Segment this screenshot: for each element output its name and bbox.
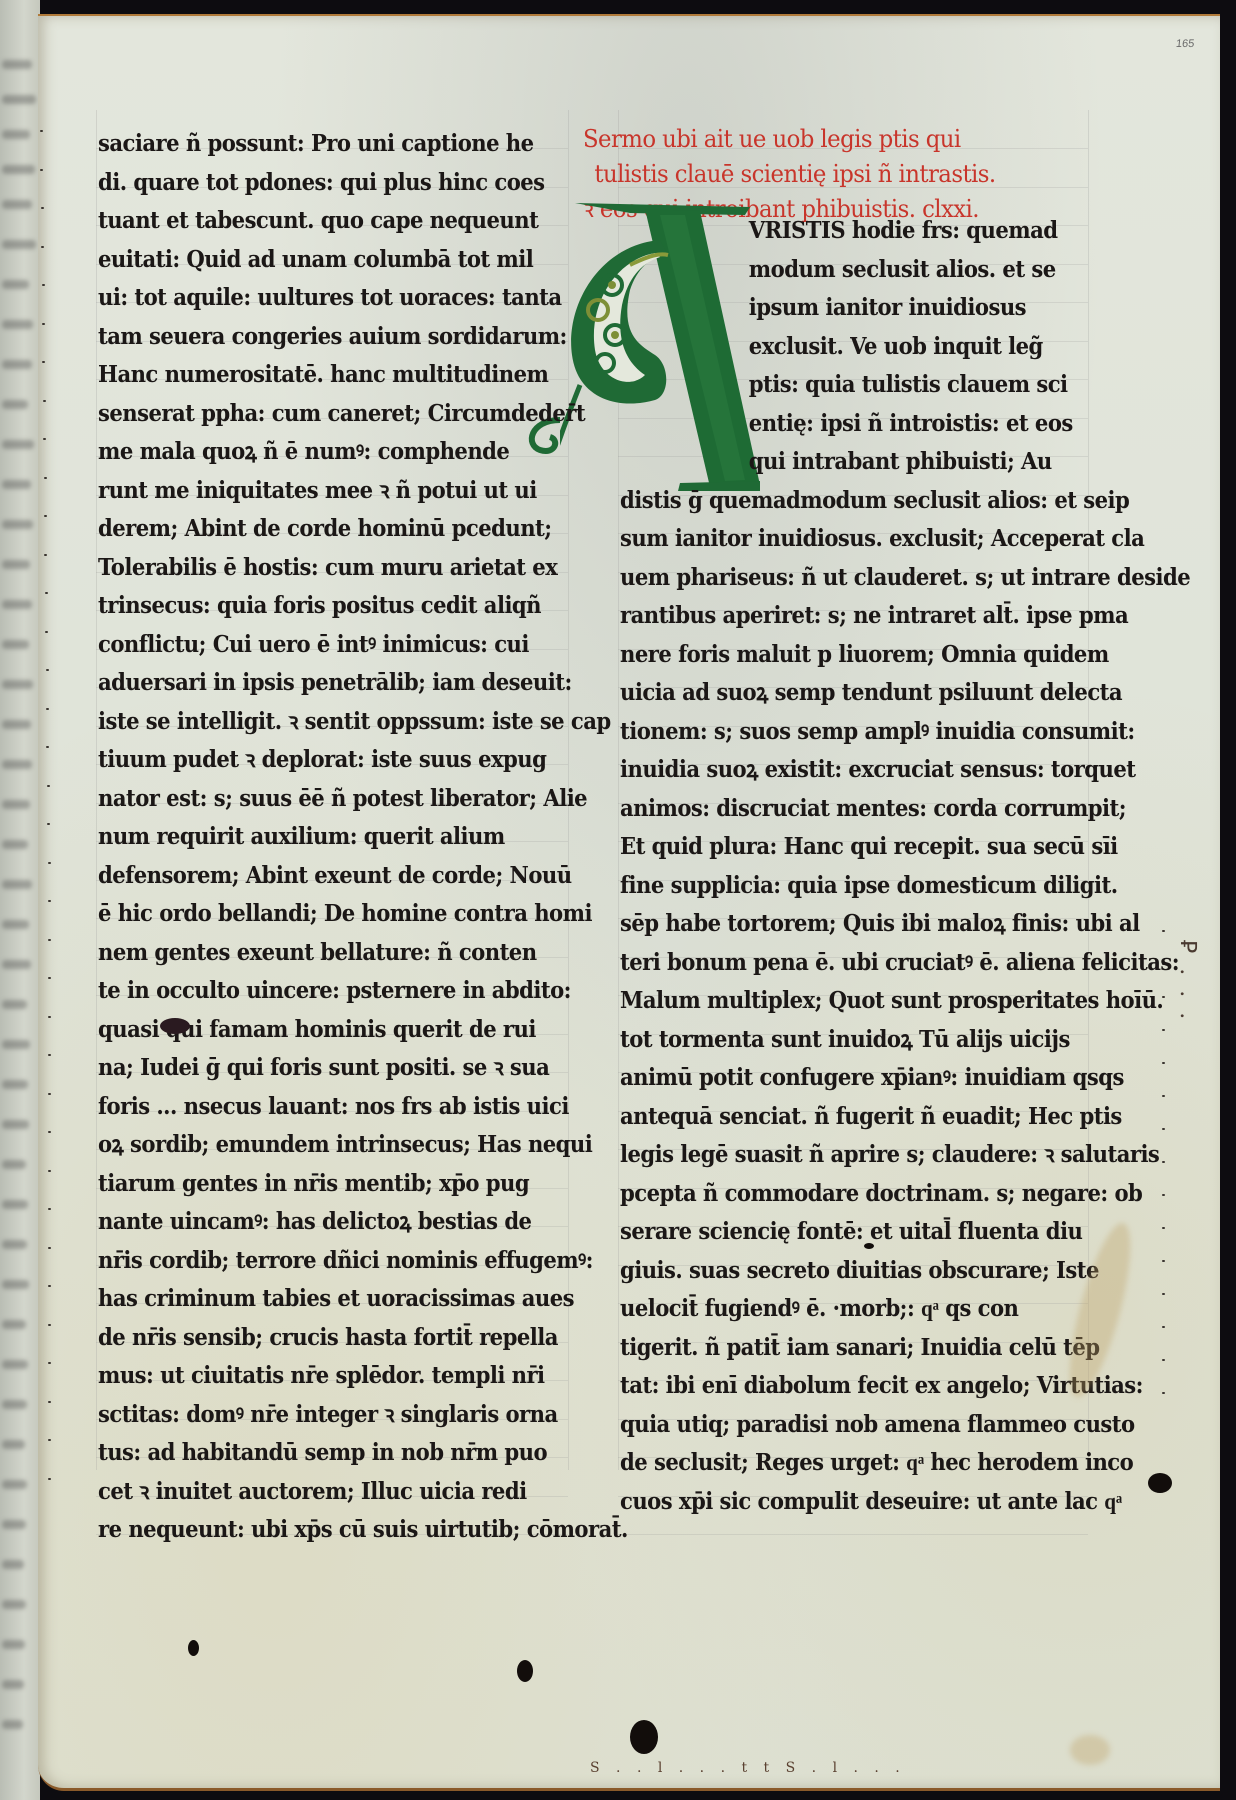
marginal-note: Ꝑ . . . [1175,940,1200,1023]
left-margin-rule [96,110,97,1470]
ghost-text-line [2,560,30,569]
text-line: foris ... nsecus lauant: nos frs ab isti… [98,1088,521,1127]
text-line: di. quare tot pdones: qui plus hinc coes [98,164,521,203]
pricking-hole [1162,1062,1165,1064]
pricking-hole [41,246,44,248]
text-line: Malum multiplex; Quot sunt prosperitates… [620,982,1052,1021]
text-line: oꝝ sordib; emundem intrinsecus; Has nequ… [98,1126,521,1165]
ghost-text-line [2,1720,23,1729]
ruling-line [618,1534,1088,1535]
text-line: Tolerabilis ē hostis: cum muru arietat e… [98,549,521,588]
text-line: VRISTIS hodie frs: quemad [620,212,1052,251]
text-line: de seclusit; Reges urget: qͣ hec herodem… [620,1444,1052,1483]
pricking-hole [1162,1260,1165,1262]
worm-hole [630,1720,658,1754]
pricking-hole [48,1285,51,1287]
text-line: qui intrabant phibuisti; Au [620,443,1052,482]
text-line: uem phariseus: ñ ut clauderet. s; ut int… [620,559,1052,598]
pricking-hole [1162,1095,1165,1097]
pricking-hole [1162,1359,1165,1361]
text-line: cuos xp̄i sic compulit deseuire: ut ante… [620,1483,1052,1522]
text-line: num requirit auxilium: querit alium [98,818,521,857]
ghost-text-line [2,680,33,689]
text-line: quia utiq; paradisi nob amena flammeo cu… [620,1406,1052,1445]
ghost-text-line [2,1640,25,1649]
ghost-text-line [2,1440,25,1449]
text-line: conflictu; Cui uero ē intꝰ inimicus: cui [98,626,521,665]
right-text-column: VRISTIS hodie frs: quemadmodum seclusit … [620,212,1090,1521]
pricking-hole [46,708,49,710]
pricking-hole [48,1401,51,1403]
text-line: ipsum ianitor inuidiosus [620,289,1052,328]
ghost-text-line [2,1400,27,1409]
text-line: na; Iudei ḡ qui foris sunt positi. se ꝛ … [98,1049,521,1088]
text-line: uelocit̄ fugiendꝰ ē. ·morb;: qͣ qs con [620,1290,1052,1329]
text-line: mus: ut ciuitatis nr̄e splēdor. templi n… [98,1357,521,1396]
ghost-text-line [2,165,35,174]
text-line: tat: ibi enī diabolum fecit ex angelo; V… [620,1367,1052,1406]
ghost-text-line [2,95,36,104]
ghost-text-line [2,200,32,209]
pricking-hole [1162,1194,1165,1196]
ink-blot [160,1018,190,1034]
ghost-text-line [2,520,33,529]
ghost-text-line [2,1080,28,1089]
pricking-hole [40,169,43,171]
text-line: giuis. suas secreto diuitias obscurare; … [620,1252,1052,1291]
text-line: antequā senciat. ñ fugerit ñ euadit; Hec… [620,1098,1052,1137]
text-line: ptis: quia tulistis clauem sci [620,366,1052,405]
ghost-text-line [2,1560,24,1569]
pricking-hole [48,1478,51,1480]
ghost-text-line [2,240,36,249]
pricking-hole [48,1170,51,1172]
pricking-hole [48,1208,51,1210]
pricking-hole [48,1362,51,1364]
text-line: distis ḡ quemadmodum seclusit alios: et … [620,482,1052,521]
pricking-hole [48,1439,51,1441]
ghost-text-line [2,320,33,329]
text-line: pcepta ñ commodare doctrinam. s; negare:… [620,1175,1052,1214]
text-line: te in occulto uincere: psternere in abdi… [98,972,521,1011]
left-text-column: saciare ñ possunt: Pro uni captione hedi… [98,125,558,1550]
text-line: inuidia suoꝝ existit: excruciat sensus: … [620,751,1052,790]
text-line: tiarum gentes in nr̄is mentib; xp̄o pug [98,1165,521,1204]
pricking-hole [48,1247,51,1249]
text-line: nante uincamꝰ: has delictoꝝ bestias de [98,1203,521,1242]
text-line: sēp habe tortorem; Quis ibi maloꝝ finis:… [620,905,1052,944]
pricking-hole [1162,1293,1165,1295]
text-line: tigerit. ñ patit̄ iam sanari; Inuidia ce… [620,1329,1052,1368]
text-line: nem gentes exeunt bellature: ñ conten [98,934,521,973]
text-line: teri bonum pena ē. ubi cruciatꝰ ē. alien… [620,944,1052,983]
rubric-line: Sermo ubi ait ue uob legis ptis qui [583,122,1115,157]
pricking-hole [41,207,44,209]
previous-page-edge [0,0,40,1800]
pricking-hole [44,515,47,517]
text-line: nere foris maluit p liuorem; Omnia quide… [620,636,1052,675]
text-line: derem; Abint de corde hominū pcedunt; [98,510,521,549]
ghost-text-line [2,920,29,929]
text-line: uicia ad suoꝝ semp tendunt psiluunt dele… [620,674,1052,713]
text-line: ui: tot aquile: uultures tot uoraces: ta… [98,279,521,318]
text-line: sctitas: domꝰ nr̄e integer ꝛ singlaris o… [98,1396,521,1435]
ghost-text-line [2,440,34,449]
text-line: serare sciencię fontē: et uital̄ fluenta… [620,1213,1052,1252]
pricking-hole [48,1054,51,1056]
text-line: legis legē suasit ñ aprire s; claudere: … [620,1136,1052,1175]
worm-hole [188,1640,199,1656]
ghost-text-line [2,1480,27,1489]
text-line: de nr̄is sensib; crucis hasta fortit̄ re… [98,1319,521,1358]
ghost-text-line [2,600,32,609]
text-line: senserat ppha: cum caneret; Circumdeder̄… [98,395,521,434]
text-line: tiuum pudet ꝛ deplorat: iste suus expug [98,741,521,780]
ghost-text-line [2,640,29,649]
bottom-edge-text: S . . l . . . t t S . l . . . [590,1760,906,1776]
ghost-text-line [2,400,28,409]
pricking-hole [44,554,47,556]
text-line: defensorem; Abint exeunt de corde; Nouū [98,857,521,896]
ghost-text-line [2,760,32,769]
pricking-hole [48,900,51,902]
text-line: iste se intelligit. ꝛ sentit oppssum: is… [98,703,521,742]
text-line: entię: ipsi ñ introistis: et eos [620,405,1052,444]
ghost-text-line [2,800,30,809]
ghost-text-line [2,1120,29,1129]
vellum-stain [1070,1735,1110,1765]
text-line: exclusit. Ve uob inquit leg̃ [620,328,1052,367]
text-line: animos: discruciat mentes: corda corrump… [620,790,1052,829]
pricking-hole [45,631,48,633]
pricking-hole [1162,1029,1165,1031]
text-line: me mala quoꝝ ñ ē numꝰ: comphende [98,433,521,472]
text-line: euitati: Quid ad unam columbā tot mil [98,241,521,280]
folio-number: 165 [1175,38,1195,50]
worm-hole [517,1660,533,1682]
pricking-hole [48,1016,51,1018]
text-line: tus: ad habitandū semp in nob nr̄m puo [98,1434,521,1473]
text-line: fine supplicia: quia ipse domesticum dil… [620,867,1052,906]
pricking-hole [1162,1227,1165,1229]
text-line: tionem: s; suos semp amplꝰ inuidia consu… [620,713,1052,752]
pricking-hole [42,323,45,325]
ghost-text-line [2,60,32,69]
pricking-hole [48,977,51,979]
text-line: cet ꝛ inuitet auctorem; Illuc uicia redi [98,1473,521,1512]
rubric-line: tulistis clauē scientię ipsi ñ intrastis… [583,157,1115,192]
text-line: modum seclusit alios. et se [620,251,1052,290]
pricking-hole [48,939,51,941]
text-line: tam seuera congeries auium sordidarum: [98,318,521,357]
worm-hole [1148,1473,1172,1493]
text-line: tot tormenta sunt inuidoꝝ Tū alijs uicij… [620,1021,1052,1060]
pricking-hole [48,1324,51,1326]
text-line: animū potit confugere xp̄ianꝰ: inuidiam … [620,1059,1052,1098]
ghost-text-line [2,720,31,729]
ghost-text-line [2,1320,26,1329]
ghost-text-line [2,1160,26,1169]
text-line: nr̄is cordib; terrore dñici nominis effu… [98,1242,521,1281]
ghost-text-line [2,960,31,969]
ghost-text-line [2,1000,27,1009]
ghost-text-line [2,1600,26,1609]
text-line: sum ianitor inuidiosus. exclusit; Accepe… [620,520,1052,559]
ghost-text-line [2,1280,29,1289]
ghost-text-line [2,480,31,489]
text-line: nator est: s; suus ēē ñ potest liberator… [98,780,521,819]
pricking-hole [40,130,43,132]
ghost-text-line [2,1680,24,1689]
pricking-hole [43,400,46,402]
pricking-hole [1162,1161,1165,1163]
ghost-text-line [2,1240,27,1249]
pricking-hole [45,592,48,594]
ghost-text-line [2,840,28,849]
pricking-hole [1162,930,1165,932]
text-line: has criminum tabies et uoracissimas aues [98,1280,521,1319]
text-line: aduersari in ipsis penetrālib; iam deseu… [98,664,521,703]
ghost-text-line [2,360,32,369]
text-line: Hanc numerositatē. hanc multitudinem [98,356,521,395]
text-line: trinsecus: quia foris positus cedit aliq… [98,587,521,626]
ghost-text-line [2,280,29,289]
text-line: re nequeunt: ubi xp̄s cū suis uirtutib; … [98,1511,521,1550]
pricking-hole [44,477,47,479]
text-line: Et quid plura: Hanc qui recepit. sua sec… [620,828,1052,867]
ghost-text-line [2,1360,28,1369]
text-line: rantibus aperiret: s; ne intraret alt̄. … [620,597,1052,636]
pricking-hole [42,284,45,286]
pricking-hole [47,785,50,787]
pricking-hole [1162,1326,1165,1328]
pricking-hole [48,862,51,864]
text-line: ē hic ordo bellandi; De homine contra ho… [98,895,521,934]
ghost-text-line [2,1520,26,1529]
pricking-hole [1162,1392,1165,1394]
pricking-hole [1162,1128,1165,1130]
ghost-text-line [2,1200,28,1209]
pricking-hole [46,669,49,671]
ghost-text-line [2,1040,30,1049]
ghost-text-line [2,130,30,139]
text-line: runt me iniquitates mee ꝛ ñ potui ut ui [98,472,521,511]
pricking-hole [48,1131,51,1133]
text-line: tuant et tabescunt. quo cape nequeunt [98,202,521,241]
ink-blot [864,1243,874,1249]
text-line: saciare ñ possunt: Pro uni captione he [98,125,521,164]
pricking-hole [48,1093,51,1095]
ghost-text-line [2,880,32,889]
